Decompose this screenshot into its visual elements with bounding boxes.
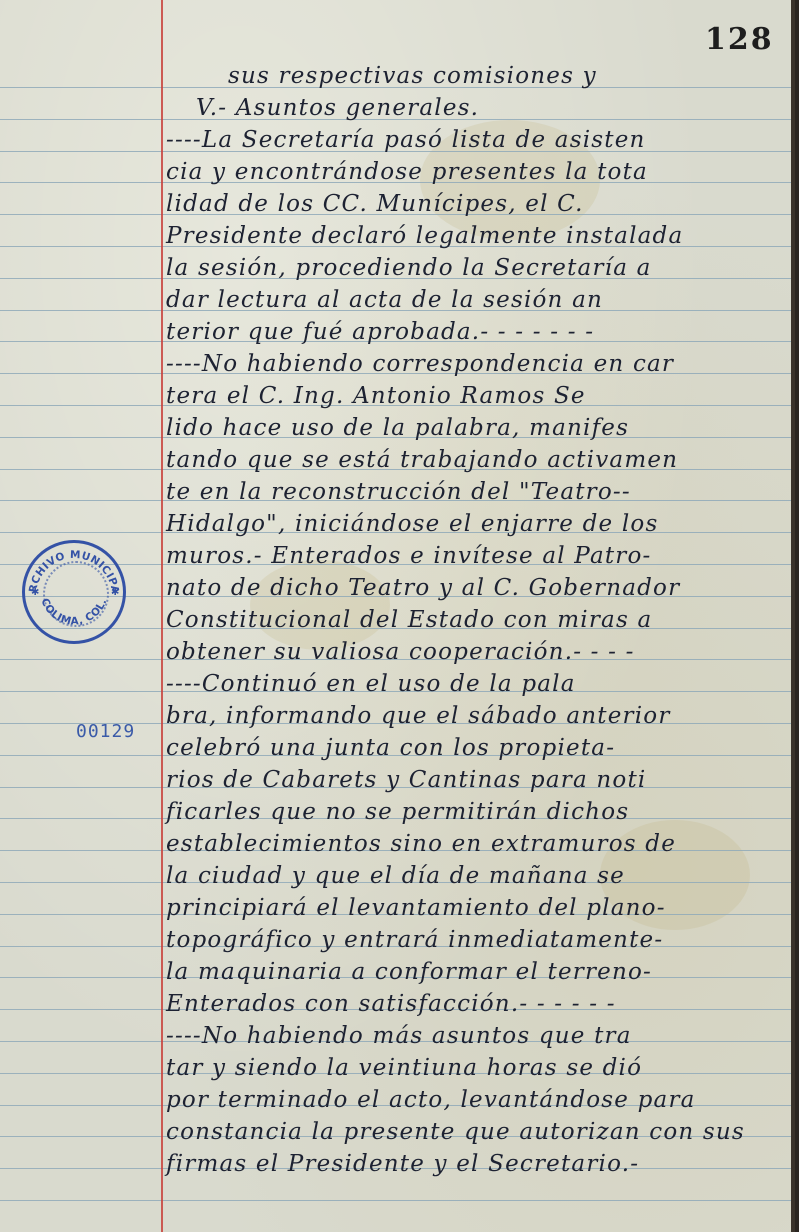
handwritten-line: nato de dicho Teatro y al C. Gobernador — [166, 574, 792, 602]
handwritten-minutes-body: sus respectivas comisiones yV.- Asuntos … — [0, 0, 795, 1232]
handwritten-line: la sesión, procediendo la Secretaría a — [166, 254, 792, 282]
handwritten-line: Presidente declaró legalmente instalada — [166, 222, 792, 250]
handwritten-line: constancia la presente que autorizan con… — [166, 1118, 792, 1146]
handwritten-line: te en la reconstrucción del "Teatro-- — [166, 478, 792, 506]
handwritten-line: ----No habiendo correspondencia en car — [166, 350, 792, 378]
handwritten-line: obtener su valiosa cooperación.- - - - — [166, 638, 792, 666]
document-page: 128 ARCHIVO MUNICIPAL COLIMA, COL. ✱ ✱ 0… — [0, 0, 795, 1232]
handwritten-line: la ciudad y que el día de mañana se — [166, 862, 792, 890]
handwritten-line: sus respectivas comisiones y — [228, 62, 795, 90]
handwritten-line: cia y encontrándose presentes la tota — [166, 158, 792, 186]
handwritten-line: dar lectura al acta de la sesión an — [166, 286, 792, 314]
handwritten-line: topográfico y entrará inmediatamente- — [166, 926, 792, 954]
handwritten-line: por terminado el acto, levantándose para — [166, 1086, 792, 1114]
handwritten-line: Enterados con satisfacción.- - - - - - — [166, 990, 792, 1018]
handwritten-line: lido hace uso de la palabra, manifes — [166, 414, 792, 442]
handwritten-line: Hidalgo", iniciándose el enjarre de los — [166, 510, 792, 538]
handwritten-line: bra, informando que el sábado anterior — [166, 702, 792, 730]
handwritten-line: ----La Secretaría pasó lista de asisten — [166, 126, 792, 154]
handwritten-line: ----No habiendo más asuntos que tra — [166, 1022, 792, 1050]
handwritten-line: rios de Cabarets y Cantinas para noti — [166, 766, 792, 794]
handwritten-line: celebró una junta con los propieta- — [166, 734, 792, 762]
handwritten-line: establecimientos sino en extramuros de — [166, 830, 792, 858]
handwritten-line: ----Continuó en el uso de la pala — [166, 670, 792, 698]
handwritten-line: tando que se está trabajando activamen — [166, 446, 792, 474]
handwritten-line: terior que fué aprobada.- - - - - - - — [166, 318, 792, 346]
handwritten-line: la maquinaria a conformar el terreno- — [166, 958, 792, 986]
handwritten-line: firmas el Presidente y el Secretario.- — [166, 1150, 792, 1178]
handwritten-line: Constitucional del Estado con miras a — [166, 606, 792, 634]
book-binding-edge — [791, 0, 795, 1232]
handwritten-line: tar y siendo la veintiuna horas se dió — [166, 1054, 792, 1082]
handwritten-line: V.- Asuntos generales. — [196, 94, 795, 122]
handwritten-line: muros.- Enterados e invítese al Patro- — [166, 542, 792, 570]
handwritten-line: tera el C. Ing. Antonio Ramos Se — [166, 382, 792, 410]
handwritten-line: principiará el levantamiento del plano- — [166, 894, 792, 922]
handwritten-line: lidad de los CC. Munícipes, el C. — [166, 190, 792, 218]
handwritten-line: ficarles que no se permitirán dichos — [166, 798, 792, 826]
